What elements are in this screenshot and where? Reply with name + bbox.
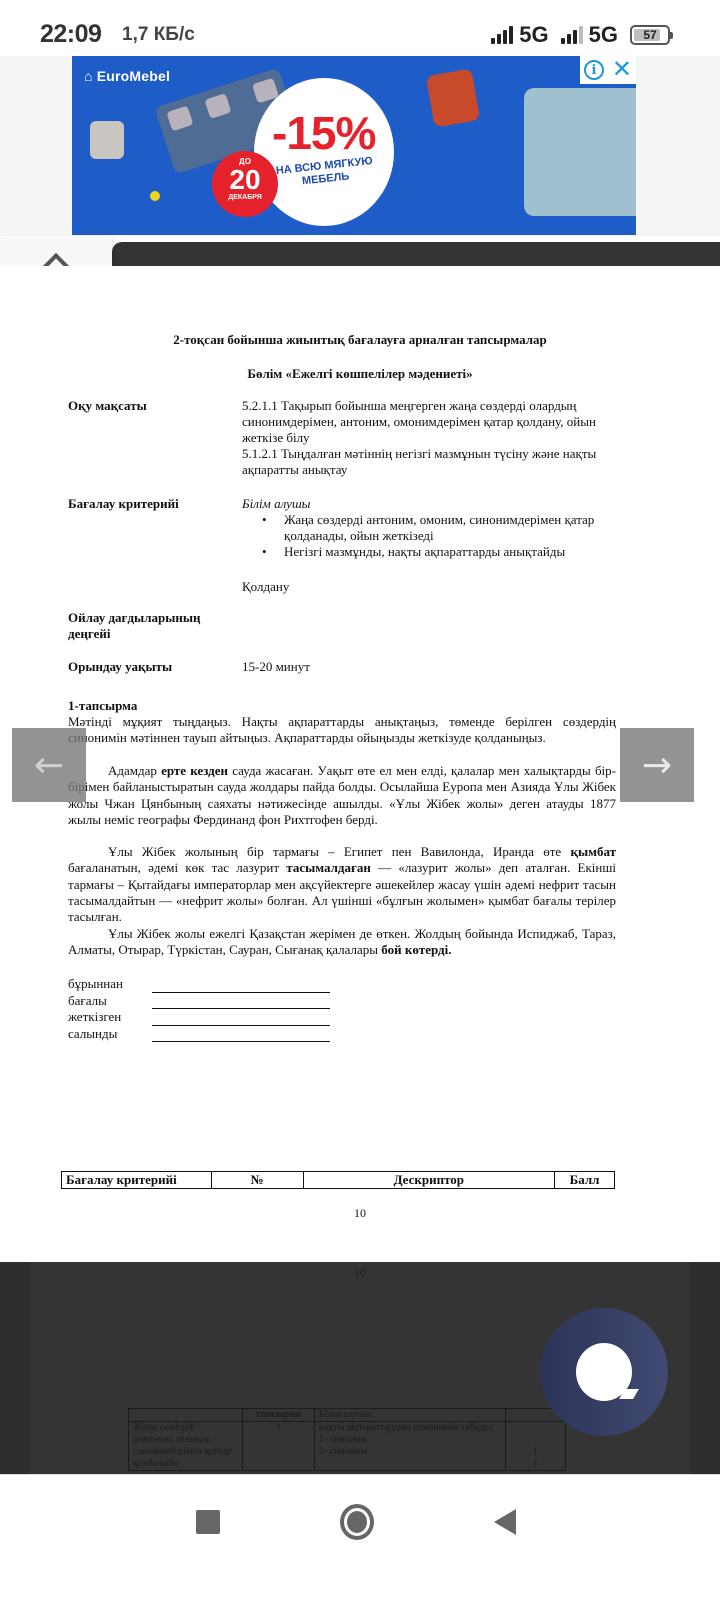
assessment-criteria: Білім алушы Жаңа сөздерді антоним, омони…	[242, 496, 622, 560]
battery-icon: 57	[630, 25, 670, 45]
date-month: ДЕКАБРЯ	[212, 194, 278, 201]
previous-page-button[interactable]: ←	[12, 728, 86, 802]
label-assessment-criteria: Бағалау критерийі	[68, 496, 179, 512]
label-thinking-level: Ойлау дағдыларының деңгейі	[68, 610, 228, 642]
document-page: 2-тоқсан бойынша жиынтық бағалауға арнал…	[0, 266, 720, 1262]
ad-date-badge: ДО 20 ДЕКАБРЯ	[212, 151, 278, 217]
arrow-right-icon: →	[642, 745, 672, 786]
table-row: тапсырма Білім алушы	[129, 1409, 566, 1422]
dimmed-criteria-table: тапсырма Білім алушы Жаңа сөздерді антон…	[128, 1408, 566, 1471]
criteria-item: Жаңа сөздерді антоним, омоним, синонимде…	[262, 512, 622, 544]
decor-dot	[150, 191, 160, 201]
ad-close-icon[interactable]: ✕	[612, 58, 632, 82]
status-bar: 22:09 1,7 КБ/с 5G 5G 57	[0, 0, 720, 56]
task-instruction: Мәтінді мұқият тыңдаңыз. Нақты ақпаратта…	[68, 714, 616, 747]
ad-controls: i ✕	[580, 56, 636, 84]
word-row: салынды	[68, 1026, 330, 1043]
clock: 22:09	[40, 20, 101, 49]
duration-value: 15-20 минут	[242, 659, 622, 675]
section-title: Бөлім «Ежелгі көшпелілер мәдениеті»	[0, 366, 720, 382]
arrow-left-icon: ←	[34, 745, 64, 786]
chat-fab-button[interactable]	[540, 1308, 668, 1436]
signal-icon-sim2	[561, 26, 583, 44]
ad-banner[interactable]: ⌂ EuroMebel -15% НА ВСЮ МЯГКУЮ МЕБЕЛЬ ДО…	[72, 56, 636, 235]
answer-line	[152, 1030, 330, 1042]
criteria-table: Бағалау критерийі № Дескриптор Балл	[61, 1171, 615, 1189]
recent-apps-icon[interactable]	[196, 1510, 220, 1534]
answer-line	[152, 997, 330, 1009]
signal-icon-sim1	[491, 26, 513, 44]
chat-bubble-icon	[576, 1343, 632, 1401]
back-icon[interactable]	[494, 1509, 516, 1535]
date-day: 20	[212, 166, 278, 194]
ad-discount: -15%	[272, 106, 375, 160]
criteria-list: Жаңа сөздерді антоним, омоним, синонимде…	[262, 512, 622, 560]
status-icons: 5G 5G 57	[491, 22, 670, 48]
word-row: бұрыннан	[68, 976, 330, 993]
network-type-sim2: 5G	[589, 22, 618, 48]
word-row: жеткізген	[68, 1009, 330, 1026]
text-paragraph-1: Адамдар ерте кезден сауда жасаған. Уақыт…	[68, 763, 616, 828]
learning-goals: 5.2.1.1 Тақырып бойынша меңгерген жаңа с…	[242, 398, 622, 478]
system-nav-bar	[0, 1474, 720, 1600]
network-type-sim1: 5G	[519, 22, 548, 48]
home-icon[interactable]	[340, 1504, 374, 1540]
text-paragraph-2: Ұлы Жібек жолының бір тармағы – Египет п…	[68, 844, 616, 925]
page-number-dimmed: 10	[0, 1266, 720, 1281]
answer-line	[152, 981, 330, 993]
next-page-button[interactable]: →	[620, 728, 694, 802]
table-row: Жаңа сөздерді антоним, омоним, синонимде…	[129, 1422, 566, 1471]
network-speed: 1,7 КБ/с	[122, 24, 195, 46]
battery-level: 57	[643, 28, 656, 42]
word-row: бағалы	[68, 993, 330, 1010]
label-learning-goal: Оқу мақсаты	[68, 398, 147, 414]
criteria-item: Негізгі мазмұнды, нақты ақпараттарды аны…	[262, 544, 622, 560]
document-title: 2-тоқсан бойынша жиынтық бағалауға арнал…	[0, 332, 720, 348]
ad-info-icon[interactable]: i	[584, 60, 604, 80]
criteria-intro: Білім алушы	[242, 496, 622, 512]
page-number: 10	[0, 1206, 720, 1221]
synonym-word-list: бұрыннан бағалы жеткізген салынды	[68, 976, 330, 1042]
label-duration: Орындау уақыты	[68, 659, 172, 675]
armchair-orange-image	[426, 68, 480, 127]
goal-2: 5.1.2.1 Тыңдалған мәтіннің негізгі мазмұ…	[242, 446, 622, 478]
armchair-image	[90, 121, 124, 159]
task-heading: 1-тапсырма	[68, 698, 137, 714]
viewer-toolbar	[112, 242, 720, 266]
sofa-light-image	[524, 88, 636, 216]
thinking-level-value: Қолдану	[242, 579, 622, 595]
ad-brand-logo: ⌂ EuroMebel	[84, 68, 170, 84]
text-paragraph-3: Ұлы Жібек жолы ежелгі Қазақстан жерімен …	[68, 926, 616, 959]
table-header-row: Бағалау критерийі № Дескриптор Балл	[62, 1172, 615, 1189]
answer-line	[152, 1014, 330, 1026]
goal-1: 5.2.1.1 Тақырып бойынша меңгерген жаңа с…	[242, 398, 622, 446]
ad-container: ⌂ EuroMebel -15% НА ВСЮ МЯГКУЮ МЕБЕЛЬ ДО…	[0, 56, 720, 236]
